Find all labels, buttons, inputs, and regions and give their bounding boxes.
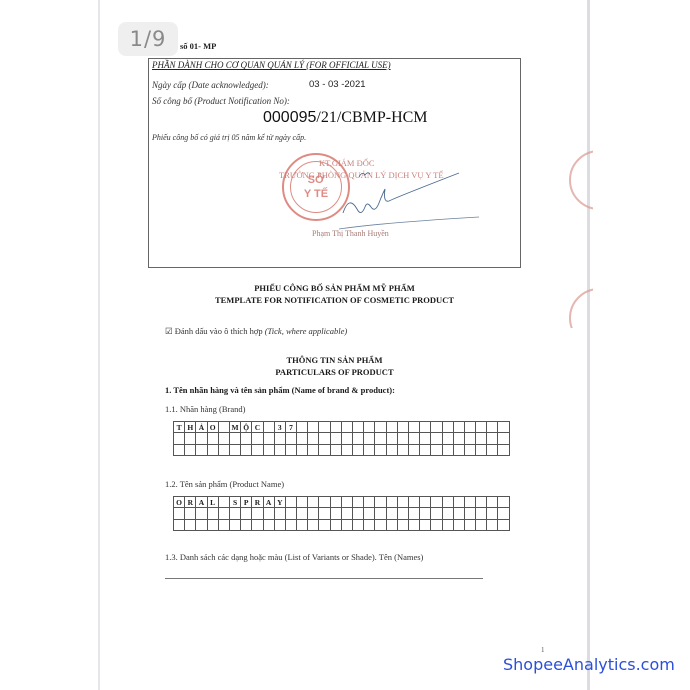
grid-cell [241,519,252,530]
grid-cell [330,519,341,530]
grid-cell: Ả [196,422,207,433]
variants-label: 1.3. Danh sách các dạng hoặc màu (List o… [165,552,423,562]
grid-cell [241,508,252,519]
grid-cell [364,508,375,519]
grid-cell [297,508,308,519]
grid-cell [498,519,509,530]
grid-cell [487,508,498,519]
grid-cell [375,519,386,530]
brand-char-grid: THẢOMỘC37 [173,421,510,456]
grid-cell [185,508,196,519]
grid-cell [308,444,319,455]
grid-cell [408,433,419,444]
grid-cell [453,444,464,455]
grid-cell [241,433,252,444]
grid-cell: A [263,497,274,508]
grid-cell [285,444,296,455]
grid-cell [207,519,218,530]
grid-cell [408,519,419,530]
grid-cell: Ộ [241,422,252,433]
page-indicator-badge: 1/9 [118,22,178,56]
grid-cell [408,497,419,508]
grid-cell: Y [274,497,285,508]
grid-cell [464,497,475,508]
grid-cell [498,444,509,455]
grid-cell [207,508,218,519]
grid-cell [375,433,386,444]
grid-cell [263,422,274,433]
grid-cell: R [185,497,196,508]
grid-cell [498,508,509,519]
grid-cell: 7 [285,422,296,433]
grid-cell [274,508,285,519]
grid-cell [196,433,207,444]
grid-cell [285,497,296,508]
grid-cell [464,433,475,444]
notification-number-suffix: /21/CBMP-HCM [316,109,427,126]
grid-cell [218,422,229,433]
grid-cell [341,433,352,444]
grid-cell [218,444,229,455]
grid-cell [442,444,453,455]
grid-cell [442,433,453,444]
grid-cell [420,444,431,455]
grid-cell [487,422,498,433]
grid-cell: A [196,497,207,508]
grid-cell [174,508,185,519]
grid-cell [185,519,196,530]
grid-cell [196,519,207,530]
grid-cell [442,508,453,519]
grid-cell [364,497,375,508]
grid-cell [397,519,408,530]
grid-cell [308,519,319,530]
form-title-vi: PHIẾU CÔNG BỐ SẢN PHẨM MỸ PHẨM [148,282,521,294]
brand-label: 1.1. Nhãn hàng (Brand) [165,404,246,414]
grid-cell [420,422,431,433]
particulars-heading-en: PARTICULARS OF PRODUCT [148,366,521,378]
grid-cell [330,444,341,455]
grid-cell [263,444,274,455]
grid-cell: R [252,497,263,508]
grid-cell [274,519,285,530]
grid-cell [185,433,196,444]
grid-cell [487,433,498,444]
grid-cell: O [207,422,218,433]
form-code: số 01- MP [180,41,216,51]
grid-cell [229,508,240,519]
grid-cell [319,508,330,519]
grid-cell [330,422,341,433]
grid-cell [420,497,431,508]
grid-cell [308,508,319,519]
grid-cell [364,519,375,530]
grid-cell [442,519,453,530]
grid-cell [498,433,509,444]
grid-cell [308,497,319,508]
grid-cell [498,422,509,433]
grid-cell [297,497,308,508]
grid-cell [174,444,185,455]
grid-cell [386,422,397,433]
grid-cell [375,508,386,519]
grid-cell [442,422,453,433]
notification-number-label: Số công bố (Product Notification No): [152,96,290,106]
grid-cell [453,497,464,508]
grid-cell [353,422,364,433]
grid-cell [431,422,442,433]
grid-cell [229,519,240,530]
grid-cell [375,444,386,455]
grid-cell [476,508,487,519]
official-use-box: PHẦN DÀNH CHO CƠ QUAN QUẢN LÝ (FOR OFFIC… [148,58,521,268]
grid-cell [476,422,487,433]
grid-cell [308,422,319,433]
grid-cell: M [229,422,240,433]
grid-cell [341,497,352,508]
grid-cell [364,433,375,444]
grid-cell: 3 [274,422,285,433]
grid-cell [442,497,453,508]
grid-cell [498,497,509,508]
grid-cell [252,508,263,519]
notification-number: 000095/21/CBMP-HCM [263,109,428,127]
grid-cell [207,444,218,455]
grid-cell [487,444,498,455]
grid-cell [408,508,419,519]
grid-cell [364,422,375,433]
grid-cell [285,519,296,530]
grid-cell [218,508,229,519]
particulars-heading: THÔNG TIN SẢN PHẨM PARTICULARS OF PRODUC… [148,354,521,378]
grid-cell [386,508,397,519]
grid-cell [297,433,308,444]
grid-cell [397,508,408,519]
grid-cell: H [185,422,196,433]
official-use-heading: PHẦN DÀNH CHO CƠ QUAN QUẢN LÝ (FOR OFFIC… [152,60,391,70]
grid-cell [464,444,475,455]
validity-note: Phiếu công bố có giá trị 05 năm kể từ ng… [152,133,306,142]
grid-cell [285,433,296,444]
grid-cell: P [241,497,252,508]
product-name-char-grid: ORALSPRAY [173,496,510,531]
grid-cell [185,444,196,455]
grid-cell [319,519,330,530]
grid-cell [285,508,296,519]
date-acknowledged-label: Ngày cấp (Date acknowledged): [152,80,269,90]
grid-cell [464,519,475,530]
grid-cell [218,519,229,530]
grid-cell [207,433,218,444]
grid-cell [464,422,475,433]
grid-cell [431,519,442,530]
grid-cell [274,444,285,455]
grid-cell [408,422,419,433]
grid-cell [252,433,263,444]
grid-cell [386,497,397,508]
grid-cell [408,444,419,455]
grid-cell [263,519,274,530]
form-title: PHIẾU CÔNG BỐ SẢN PHẨM MỸ PHẨM TEMPLATE … [148,282,521,306]
grid-cell [297,519,308,530]
grid-cell [196,444,207,455]
grid-cell [330,433,341,444]
grid-cell [174,433,185,444]
grid-cell [353,433,364,444]
grid-cell [341,444,352,455]
form-title-en: TEMPLATE FOR NOTIFICATION OF COSMETIC PR… [148,294,521,306]
grid-cell [341,508,352,519]
grid-cell [174,519,185,530]
tick-instruction: ☑ Đánh dấu vào ô thích hợp (Tick, where … [165,326,347,337]
grid-cell [218,433,229,444]
grid-cell [386,444,397,455]
grid-cell: T [174,422,185,433]
grid-cell [420,519,431,530]
page-number: 1 [541,646,545,654]
grid-cell [453,508,464,519]
grid-cell [319,422,330,433]
grid-cell [431,508,442,519]
notification-number-bold: 000095 [263,109,316,126]
grid-cell [297,422,308,433]
grid-cell [476,519,487,530]
grid-cell [386,519,397,530]
grid-cell [308,433,319,444]
grid-cell [252,519,263,530]
grid-cell [420,433,431,444]
adjacent-page-stamp-fragment [563,150,593,210]
grid-cell: O [174,497,185,508]
grid-cell [397,444,408,455]
grid-cell [453,433,464,444]
date-acknowledged-value: 03 - 03 -2021 [309,79,366,90]
grid-cell [218,497,229,508]
grid-cell: S [229,497,240,508]
grid-cell: L [207,497,218,508]
grid-cell [196,508,207,519]
grid-cell [252,444,263,455]
grid-cell [229,433,240,444]
grid-cell [341,422,352,433]
watermark: ShopeeAnalytics.com [503,655,675,674]
grid-cell [420,508,431,519]
grid-cell [431,444,442,455]
grid-cell [476,433,487,444]
grid-cell: C [252,422,263,433]
grid-cell [330,508,341,519]
grid-cell [353,497,364,508]
grid-cell [274,433,285,444]
grid-cell [487,519,498,530]
grid-cell [397,422,408,433]
variants-input-line [165,578,483,579]
grid-cell [364,444,375,455]
grid-cell [487,497,498,508]
grid-cell [431,433,442,444]
adjacent-page-stamp-fragment [563,288,593,328]
grid-cell [476,444,487,455]
grid-cell [297,444,308,455]
grid-cell [375,497,386,508]
grid-cell [229,444,240,455]
grid-cell [397,497,408,508]
grid-cell [319,497,330,508]
grid-cell [330,497,341,508]
particulars-heading-vi: THÔNG TIN SẢN PHẨM [148,354,521,366]
grid-cell [386,433,397,444]
grid-cell [241,444,252,455]
grid-cell [353,444,364,455]
grid-cell [375,422,386,433]
grid-cell [353,519,364,530]
tick-instruction-vi: ☑ Đánh dấu vào ô thích hợp [165,326,263,336]
section-1-heading: 1. Tên nhãn hàng và tên sản phẩm (Name o… [165,385,395,395]
grid-cell [431,497,442,508]
grid-cell [341,519,352,530]
grid-cell [353,508,364,519]
grid-cell [319,444,330,455]
grid-cell [397,433,408,444]
signer-name: Phạm Thị Thanh Huyền [312,229,389,238]
grid-cell [453,422,464,433]
grid-cell [464,508,475,519]
tick-instruction-en: (Tick, where applicable) [265,326,348,336]
grid-cell [319,433,330,444]
grid-cell [263,508,274,519]
product-name-label: 1.2. Tên sản phẩm (Product Name) [165,479,284,489]
grid-cell [476,497,487,508]
grid-cell [263,433,274,444]
grid-cell [453,519,464,530]
